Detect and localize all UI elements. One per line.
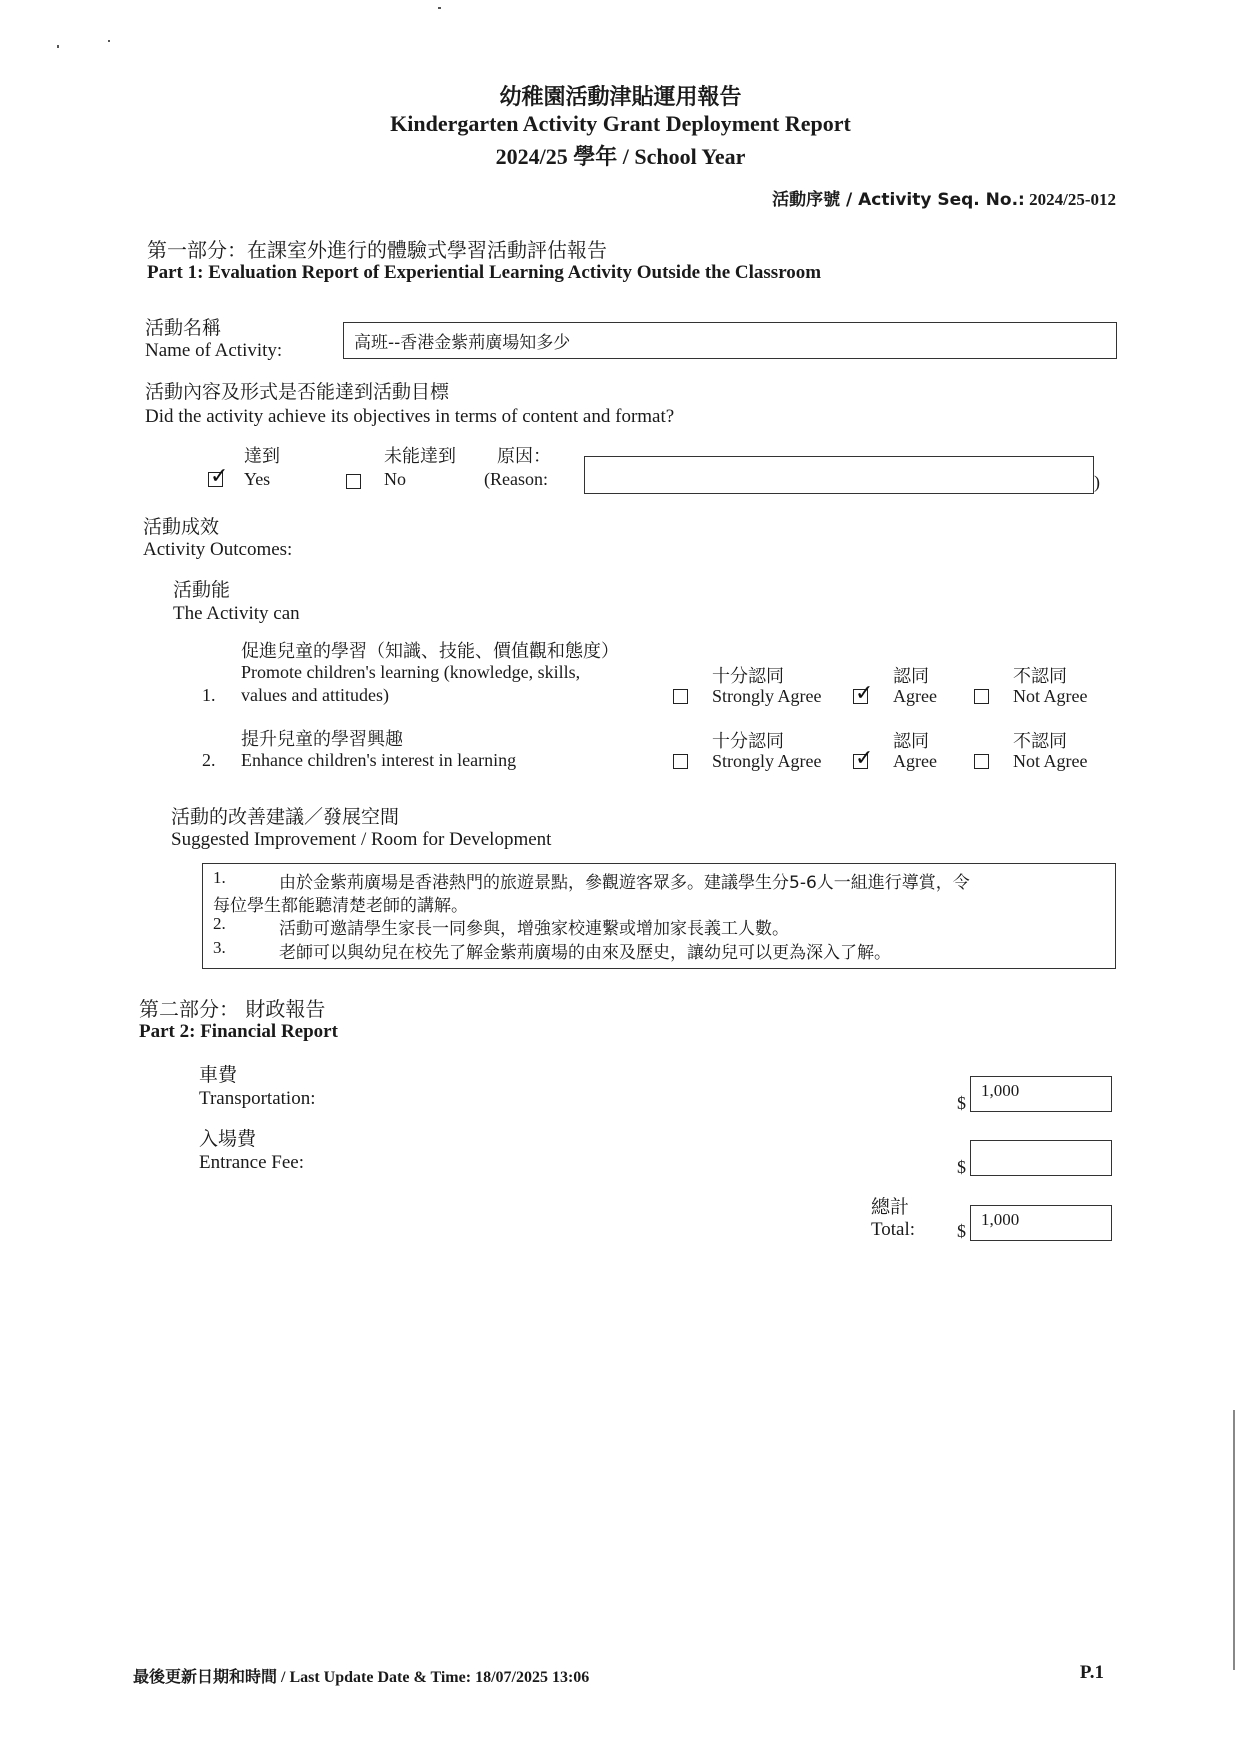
suggestion-label-en: Suggested Improvement / Room for Develop…	[171, 829, 551, 851]
outcome-2-number: 2.	[202, 750, 216, 771]
page-number: P.1	[1080, 1662, 1104, 1684]
scan-speck	[108, 40, 110, 42]
outcome-2-not-agree-zh: 不認同	[1013, 727, 1067, 753]
entrance-fee-field[interactable]	[970, 1140, 1112, 1176]
outcome-2-not-agree-checkbox[interactable]	[974, 754, 989, 769]
activity-name-label-zh: 活動名稱	[145, 313, 221, 340]
total-label-en: Total:	[871, 1219, 915, 1241]
reason-label-en: (Reason:	[484, 469, 548, 490]
suggestion-2-number: 2.	[213, 914, 226, 934]
outcome-1-strongly-agree-zh: 十分認同	[712, 662, 784, 688]
activity-seq-no: 活動序號 / Activity Seq. No.: 2024/25-012	[772, 185, 1116, 210]
total-field[interactable]: 1,000	[970, 1205, 1112, 1241]
objective-question-en: Did the activity achieve its objectives …	[145, 406, 674, 428]
outcome-1-text-en-line2: values and attitudes)	[241, 685, 389, 706]
outcome-2-strongly-agree-en: Strongly Agree	[712, 751, 822, 772]
outcome-2-strongly-agree-zh: 十分認同	[712, 727, 784, 753]
outcomes-label-en: Activity Outcomes:	[143, 539, 292, 561]
suggestion-1-line1: 由於金紫荊廣場是香港熱門的旅遊景點，參觀遊客眾多。建議學生分5-6人一組進行導賞…	[279, 868, 970, 893]
outcome-1-not-agree-zh: 不認同	[1013, 662, 1067, 688]
outcome-1-number: 1.	[202, 685, 216, 706]
activity-name-value: 高班--香港金紫荊廣場知多少	[344, 323, 1116, 358]
outcome-2-text-zh: 提升兒童的學習興趣	[241, 725, 403, 751]
outcome-1-not-agree-en: Not Agree	[1013, 686, 1087, 707]
activity-seq-label: 活動序號 / Activity Seq. No.:	[772, 190, 1025, 210]
suggestion-1-line2: 每位學生都能聽清楚老師的講解。	[213, 891, 468, 916]
scan-speck	[438, 7, 441, 9]
option-no-checkbox[interactable]	[346, 474, 361, 489]
school-year: 2024/25 學年 / School Year	[0, 140, 1241, 171]
option-yes-checkbox[interactable]	[208, 472, 223, 487]
activity-can-en: The Activity can	[173, 603, 300, 625]
part2-heading-en: Part 2: Financial Report	[139, 1021, 338, 1043]
outcome-2-strongly-agree-checkbox[interactable]	[673, 754, 688, 769]
scan-edge-mark	[1233, 1410, 1235, 1670]
last-update: 最後更新日期和時間 / Last Update Date & Time: 18/…	[133, 1664, 589, 1687]
report-title-zh: 幼稚園活動津貼運用報告	[0, 80, 1241, 111]
outcome-1-not-agree-checkbox[interactable]	[974, 689, 989, 704]
option-no-label-en: No	[384, 469, 406, 490]
transportation-currency: $	[957, 1093, 966, 1114]
suggestion-3-text: 老師可以與幼兒在校先了解金紫荊廣場的由來及歷史，讓幼兒可以更為深入了解。	[279, 938, 891, 963]
outcome-1-text-zh: 促進兒童的學習（知識、技能、價值觀和態度）	[241, 637, 619, 663]
entrance-fee-currency: $	[957, 1157, 966, 1178]
outcome-1-agree-en: Agree	[893, 686, 937, 707]
transportation-field[interactable]: 1,000	[970, 1076, 1112, 1112]
outcome-1-strongly-agree-checkbox[interactable]	[673, 689, 688, 704]
transportation-value: 1,000	[981, 1081, 1019, 1101]
entrance-fee-label-zh: 入場費	[199, 1124, 256, 1151]
activity-name-field[interactable]: 高班--香港金紫荊廣場知多少	[343, 322, 1117, 359]
suggestion-box[interactable]: 1. 由於金紫荊廣場是香港熱門的旅遊景點，參觀遊客眾多。建議學生分5-6人一組進…	[202, 863, 1116, 969]
activity-seq-value: 2024/25-012	[1029, 190, 1116, 209]
suggestion-label-zh: 活動的改善建議／發展空間	[171, 802, 399, 829]
outcome-2-agree-checkbox[interactable]	[853, 754, 868, 769]
total-currency: $	[957, 1221, 966, 1242]
outcome-1-text-en-line1: Promote children's learning (knowledge, …	[241, 662, 580, 683]
transportation-label-zh: 車費	[199, 1060, 237, 1087]
scan-speck	[57, 45, 59, 48]
outcomes-label-zh: 活動成效	[143, 512, 219, 539]
outcome-1-strongly-agree-en: Strongly Agree	[712, 686, 822, 707]
report-title-en: Kindergarten Activity Grant Deployment R…	[0, 111, 1241, 137]
reason-close-paren: )	[1094, 472, 1100, 493]
suggestion-2-text: 活動可邀請學生家長一同參與，增強家校連繫或增加家長義工人數。	[279, 914, 789, 939]
outcome-1-agree-zh: 認同	[893, 662, 929, 688]
activity-name-label-en: Name of Activity:	[145, 340, 282, 362]
suggestion-3-number: 3.	[213, 938, 226, 958]
suggestion-1-number: 1.	[213, 868, 226, 888]
option-yes-label-zh: 達到	[244, 442, 280, 468]
activity-can-zh: 活動能	[173, 575, 230, 602]
outcome-2-agree-zh: 認同	[893, 727, 929, 753]
part1-heading-en: Part 1: Evaluation Report of Experientia…	[147, 262, 821, 284]
reason-value	[585, 457, 1093, 467]
part2-heading-zh: 第二部分： 財政報告	[139, 993, 325, 1022]
part1-heading-zh: 第一部分：在課室外進行的體驗式學習活動評估報告	[147, 234, 607, 263]
outcome-2-not-agree-en: Not Agree	[1013, 751, 1087, 772]
total-value: 1,000	[981, 1210, 1019, 1230]
objective-question-zh: 活動內容及形式是否能達到活動目標	[145, 377, 449, 404]
transportation-label-en: Transportation:	[199, 1088, 315, 1110]
option-yes-label-en: Yes	[244, 469, 270, 490]
outcome-1-agree-checkbox[interactable]	[853, 689, 868, 704]
outcome-2-text-en: Enhance children's interest in learning	[241, 750, 516, 771]
entrance-fee-label-en: Entrance Fee:	[199, 1152, 304, 1174]
reason-label-zh: 原因：	[497, 442, 551, 468]
option-no-label-zh: 未能達到	[384, 442, 456, 468]
reason-field[interactable]	[584, 456, 1094, 494]
total-label-zh: 總計	[871, 1192, 909, 1219]
outcome-2-agree-en: Agree	[893, 751, 937, 772]
